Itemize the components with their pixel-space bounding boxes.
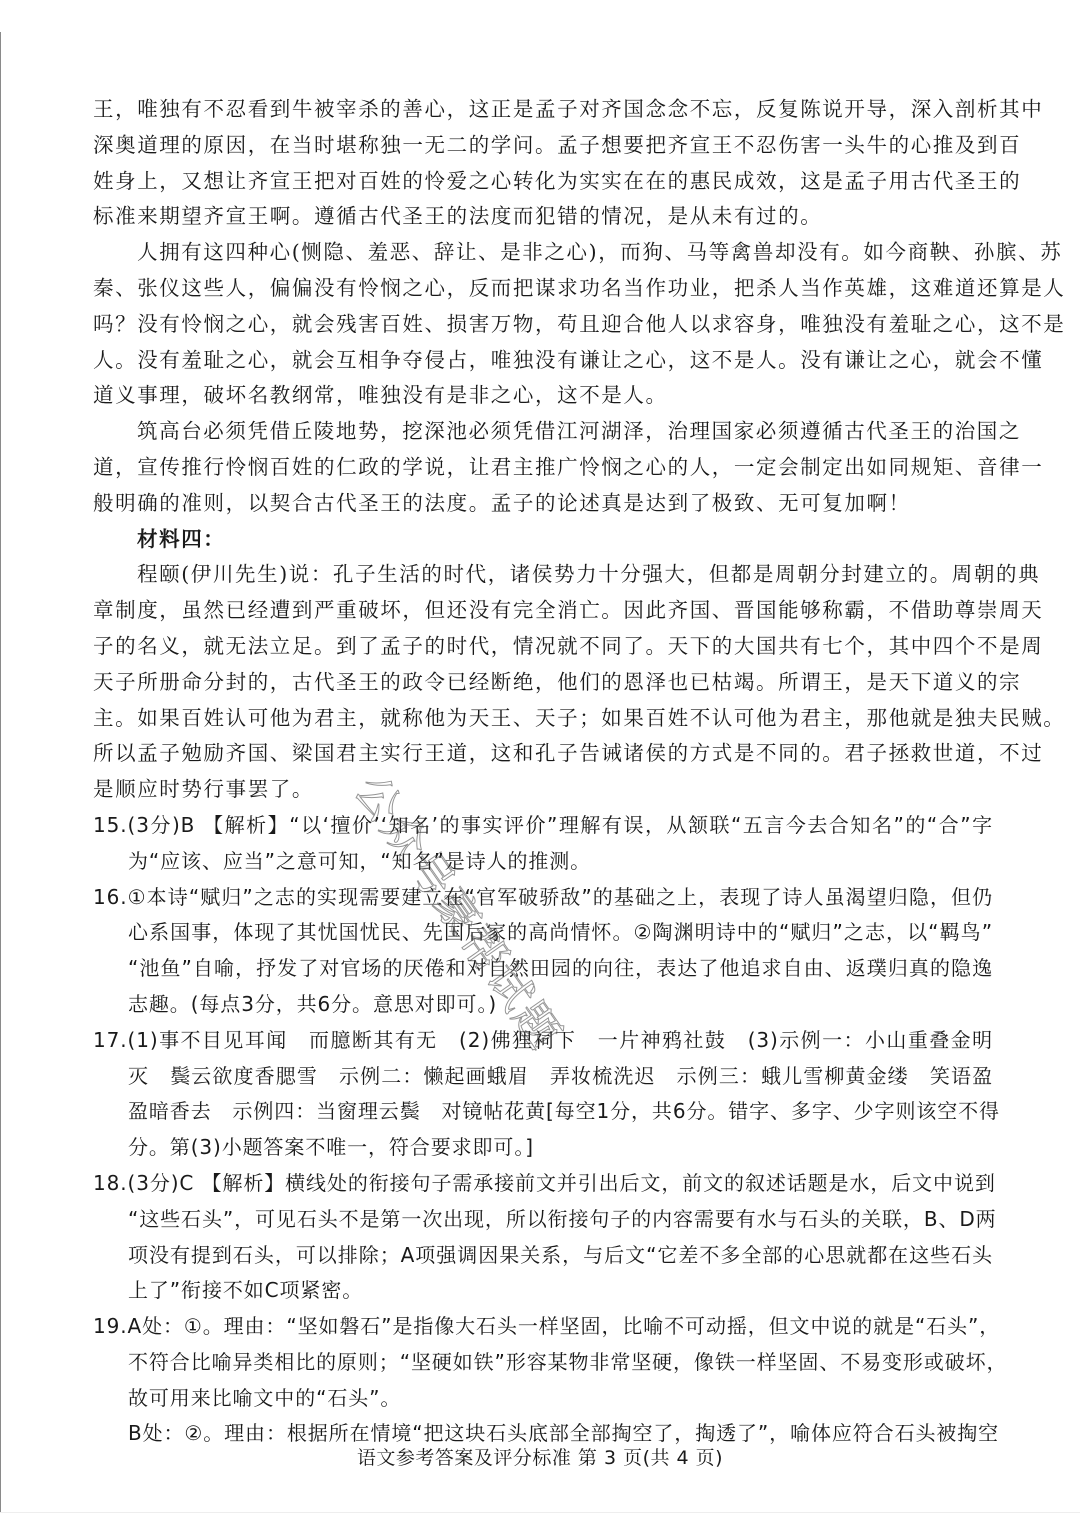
page-border-left [0,32,1,1512]
text-line: 盈暗香去 示例四：当窗理云鬓 对镜帖花黄[每空1分，共6分。错字、多字、少字则该… [93,1094,993,1130]
material-four: 材料四： 程颐(伊川先生)说：孔子生活的时代，诸侯势力十分强大，但都是周朝分封建… [93,522,993,808]
text-line: 秦、张仪这些人，偏偏没有怜悯之心，反而把谋求功名当作功业，把杀人当作英雄，这难道… [93,271,993,307]
text-line: 分。第(3)小题答案不唯一，符合要求即可。] [93,1130,993,1166]
text-line: 16.①本诗“赋归”之志的实现需要建立在“官军破骄敌”的基础之上，表现了诗人虽渴… [93,880,993,916]
text-line: 故可用来比喻文中的“石头”。 [93,1381,993,1417]
text-line: 项没有提到石头，可以排除；A项强调因果关系，与后文“它差不多全部的心思就都在这些… [93,1238,993,1274]
text-line: 人。没有羞耻之心，就会互相争夺侵占，唯独没有谦让之心，这不是人。没有谦让之心，就… [93,343,993,379]
text-line: 标准来期望齐宣王啊。遵循古代圣王的法度而犯错的情况，是从未有过的。 [93,199,993,235]
text-line: 王，唯独有不忍看到牛被宰杀的善心，这正是孟子对齐国念念不忘，反复陈说开导，深入剖… [93,92,993,128]
text-line: 主。如果百姓认可他为君主，就称他为天王、天子；如果百姓不认可他为君主，那他就是独… [93,701,993,737]
answer-16: 16.①本诗“赋归”之志的实现需要建立在“官军破骄敌”的基础之上，表现了诗人虽渴… [93,880,993,1023]
paragraph-continuation: 王，唯独有不忍看到牛被宰杀的善心，这正是孟子对齐国念念不忘，反复陈说开导，深入剖… [93,92,993,235]
paragraph-governance: 筑高台必须凭借丘陵地势，挖深池必须凭借江河湖泽，治理国家必须遵循古代圣王的治国之… [93,414,993,521]
document-body: 王，唯独有不忍看到牛被宰杀的善心，这正是孟子对齐国念念不忘，反复陈说开导，深入剖… [93,92,993,1452]
answer-15: 15.(3分)B 【解析】“以‘擅价’‘知名’的事实评价”理解有误，从颔联“五言… [93,808,993,880]
text-line: 子的名义，就无法立足。到了孟子的时代，情况就不同了。天下的大国共有七个，其中四个… [93,629,993,665]
text-line: “这些石头”，可见石头不是第一次出现，所以衔接句子的内容需要有水与石头的关联，B… [93,1202,993,1238]
text-line: 道义事理，破坏名教纲常，唯独没有是非之心，这不是人。 [93,378,993,414]
text-line: 吗？没有怜悯之心，就会残害百姓、损害万物，苟且迎合他人以求容身，唯独没有羞耻之心… [93,307,993,343]
page-footer: 语文参考答案及评分标准 第 3 页(共 4 页) [0,1443,1080,1470]
text-line: 心系国事，体现了其忧国忧民、先国后家的高尚情怀。②陶渊明诗中的“赋归”之志，以“… [93,915,993,951]
text-line: 程颐(伊川先生)说：孔子生活的时代，诸侯势力十分强大，但都是周朝分封建立的。周朝… [93,557,993,593]
text-line: 所以孟子勉励齐国、梁国君主实行王道，这和孔子告诫诸侯的方式是不同的。君子拯救世道… [93,736,993,772]
text-line: 道，宣传推行怜悯百姓的仁政的学说，让君主推广怜悯之心的人，一定会制定出如同规矩、… [93,450,993,486]
text-line: 章制度，虽然已经遭到严重破坏，但还没有完全消亡。因此齐国、晋国能够称霸，不借助尊… [93,593,993,629]
text-line: 18.(3分)C 【解析】横线处的衔接句子需承接前文并引出后文，前文的叙述话题是… [93,1166,993,1202]
answer-17: 17.(1)事不目见耳闻 而臆断其有无 (2)佛狸祠下 一片神鸦社鼓 (3)示例… [93,1023,993,1166]
answer-18: 18.(3分)C 【解析】横线处的衔接句子需承接前文并引出后文，前文的叙述话题是… [93,1166,993,1309]
text-line: 19.A处：①。理由：“坚如磐石”是指像大石头一样坚固，比喻不可动摇，但文中说的… [93,1309,993,1345]
text-line: 姓身上，又想让齐宣王把对百姓的怜爱之心转化为实实在在的惠民成效，这是孟子用古代圣… [93,164,993,200]
text-line: 人拥有这四种心(恻隐、羞恶、辞让、是非之心)，而狗、马等禽兽却没有。如今商鞅、孙… [93,235,993,271]
answer-19: 19.A处：①。理由：“坚如磐石”是指像大石头一样坚固，比喻不可动摇，但文中说的… [93,1309,993,1452]
text-line: “池鱼”自喻，抒发了对官场的厌倦和对自然田园的向往，表达了他追求自由、返璞归真的… [93,951,993,987]
text-line: 筑高台必须凭借丘陵地势，挖深池必须凭借江河湖泽，治理国家必须遵循古代圣王的治国之 [93,414,993,450]
text-line: 17.(1)事不目见耳闻 而臆断其有无 (2)佛狸祠下 一片神鸦社鼓 (3)示例… [93,1023,993,1059]
text-line: 上了”衔接不如C项紧密。 [93,1273,993,1309]
text-line: 般明确的准则，以契合古代圣王的法度。孟子的论述真是达到了极致、无可复加啊！ [93,486,993,522]
text-line: 灭 鬓云欲度香腮雪 示例二：懒起画蛾眉 弄妆梳洗迟 示例三：蛾儿雪柳黄金缕 笑语… [93,1059,993,1095]
page-border-bottom [0,1512,1080,1513]
text-line: 志趣。(每点3分，共6分。意思对即可。) [93,987,993,1023]
text-line: 为“应该、应当”之意可知，“知名”是诗人的推测。 [93,844,993,880]
paragraph-four-hearts: 人拥有这四种心(恻隐、羞恶、辞让、是非之心)，而狗、马等禽兽却没有。如今商鞅、孙… [93,235,993,414]
text-line: 是顺应时势行事罢了。 [93,772,993,808]
text-line: 天子所册命分封的，古代圣王的政令已经断绝，他们的恩泽也已枯竭。所谓王，是天下道义… [93,665,993,701]
text-line: 深奥道理的原因，在当时堪称独一无二的学问。孟子想要把齐宣王不忍伤害一头牛的心推及… [93,128,993,164]
text-line: 不符合比喻异类相比的原则；“坚硬如铁”形容某物非常坚硬，像铁一样坚固、不易变形或… [93,1345,993,1381]
text-line: 15.(3分)B 【解析】“以‘擅价’‘知名’的事实评价”理解有误，从颔联“五言… [93,808,993,844]
section-heading: 材料四： [93,522,993,558]
